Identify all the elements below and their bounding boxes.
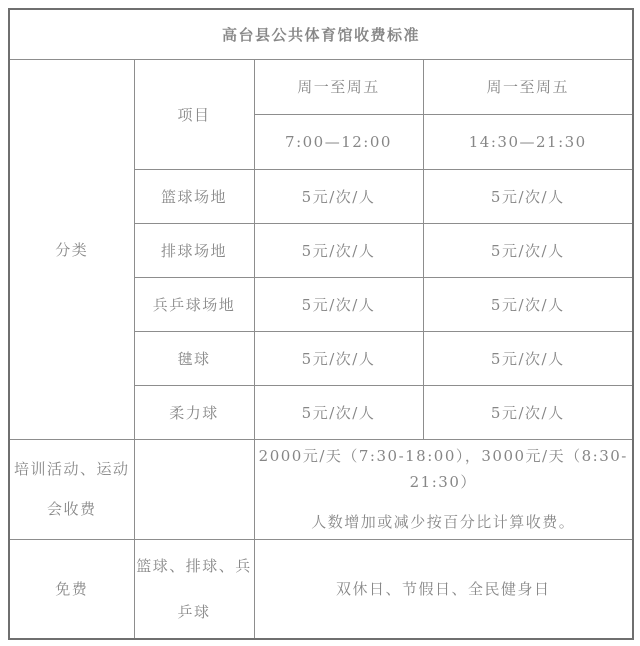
table-row-free: 免费 篮球、排球、兵乒球 双休日、节假日、全民健身日	[9, 539, 633, 639]
free-category: 免费	[9, 539, 134, 639]
item-name: 柔力球	[134, 385, 254, 439]
price-afternoon: 5元/次/人	[423, 169, 633, 223]
price-morning: 5元/次/人	[254, 331, 423, 385]
item-name: 篮球场地	[134, 169, 254, 223]
training-fee-cell: 2000元/天（7:30-18:00），3000元/天（8:30-21:30） …	[254, 439, 633, 539]
header-weekday-morning: 周一至周五	[254, 59, 423, 114]
item-name: 排球场地	[134, 223, 254, 277]
training-note-line: 人数增加或减少按百分比计算收费。	[255, 509, 633, 535]
training-empty-cell	[134, 439, 254, 539]
fee-standard-sheet: 高台县公共体育馆收费标准 分类 项目 周一至周五 周一至周五 7:00—12:0…	[0, 0, 640, 646]
page-title: 高台县公共体育馆收费标准	[9, 9, 633, 59]
fee-table: 高台县公共体育馆收费标准 分类 项目 周一至周五 周一至周五 7:00—12:0…	[8, 8, 634, 640]
header-category: 分类	[9, 59, 134, 439]
item-name: 毽球	[134, 331, 254, 385]
table-row-training: 培训活动、运动会收费 2000元/天（7:30-18:00），3000元/天（8…	[9, 439, 633, 539]
training-fee-line: 2000元/天（7:30-18:00），3000元/天（8:30-21:30）	[255, 443, 633, 495]
price-morning: 5元/次/人	[254, 223, 423, 277]
price-afternoon: 5元/次/人	[423, 277, 633, 331]
price-afternoon: 5元/次/人	[423, 223, 633, 277]
free-schedule: 双休日、节假日、全民健身日	[254, 539, 633, 639]
free-items: 篮球、排球、兵乒球	[134, 539, 254, 639]
header-time-morning: 7:00—12:00	[254, 114, 423, 169]
price-morning: 5元/次/人	[254, 169, 423, 223]
header-item: 项目	[134, 59, 254, 169]
item-name: 兵乒球场地	[134, 277, 254, 331]
price-morning: 5元/次/人	[254, 277, 423, 331]
price-afternoon: 5元/次/人	[423, 331, 633, 385]
training-category: 培训活动、运动会收费	[9, 439, 134, 539]
header-time-afternoon: 14:30—21:30	[423, 114, 633, 169]
price-morning: 5元/次/人	[254, 385, 423, 439]
price-afternoon: 5元/次/人	[423, 385, 633, 439]
header-weekday-afternoon: 周一至周五	[423, 59, 633, 114]
